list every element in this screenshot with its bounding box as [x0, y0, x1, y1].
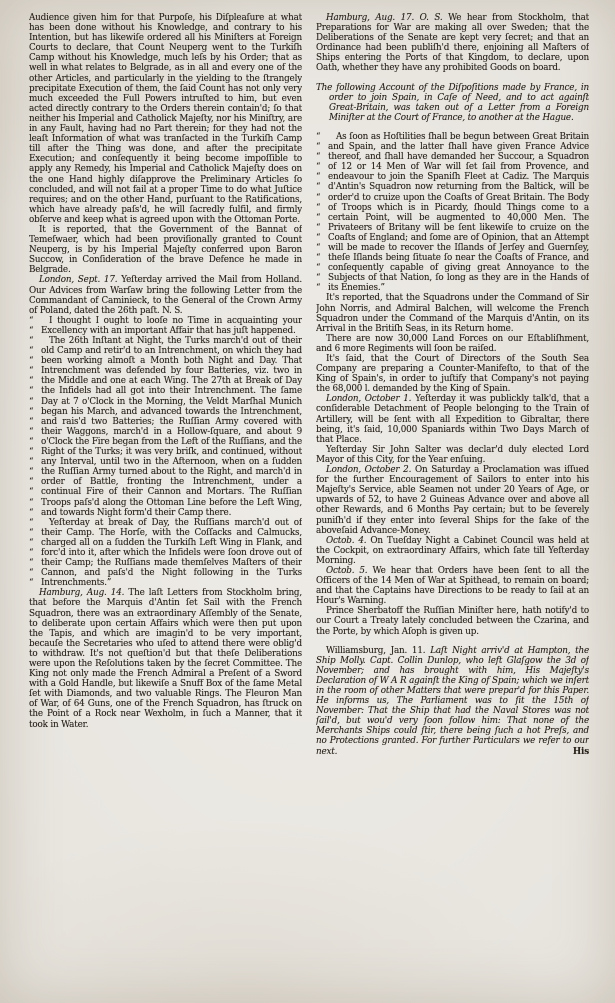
paragraph-text: We hear from Stockholm, that Preparation… [316, 13, 589, 73]
news-paragraph: Yeſterday Sir John Salter was declar'd d… [316, 445, 589, 465]
letter-paragraph: Yeſterday at break of Day, the Ruſſians … [41, 518, 302, 589]
news-paragraph-dateline: London, October 2. On Saturday a Proclam… [316, 465, 589, 536]
news-paragraph: Audience given him for that Purpoſe, his… [29, 13, 302, 225]
news-paragraph-dateline: Hamburg, Aug. 14. The laſt Letters from … [29, 588, 302, 729]
news-paragraph-dateline: Hamburg, Aug. 17. O. S. We hear from Sto… [316, 13, 589, 74]
paragraph-text: Laſt Night arriv'd at Hampton, the Ship … [316, 646, 589, 757]
dateline-lead: London, October 1. [326, 394, 411, 404]
news-paragraph-dateline: Octob. 4. On Tueſday Night a Cabinet Cou… [316, 536, 589, 566]
catchword: His [563, 747, 589, 757]
news-paragraph: It is reported, that the Government of t… [29, 225, 302, 275]
dateline-lead: Hamburg, Aug. 17. O. S. [326, 13, 443, 23]
letter-paragraph: The 26th Inſtant at Night, the Turks mar… [41, 336, 302, 518]
two-column-layout: Audience given him for that Purpoſe, his… [29, 13, 590, 997]
newspaper-page: Audience given him for that Purpoſe, his… [0, 0, 615, 1003]
quoted-letter-dispositions: As ſoon as Hoſtilities ſhall be begun be… [316, 132, 589, 294]
letter-paragraph: As ſoon as Hoſtilities ſhall be begun be… [328, 132, 589, 294]
dateline-lead: London, October 2. [326, 465, 411, 475]
paragraph-text: The laſt Letters from Stockholm bring, t… [29, 588, 302, 729]
news-paragraph-williamsburg: Williamsburg, Jan. 11. Laſt Night arriv'… [316, 646, 589, 757]
news-paragraph-dateline: Octob. 5. We hear that Orders have been … [316, 566, 589, 606]
dateline-lead: London, Sept. 17. [39, 275, 117, 285]
left-column: Audience given him for that Purpoſe, his… [29, 13, 302, 997]
news-paragraph: Prince Sherbatoff the Ruſſian Miniſter h… [316, 606, 589, 636]
dateline-lead: Williamsburg, Jan. 11. [326, 646, 425, 656]
news-paragraph: There are now 30,000 Land Forces on our … [316, 334, 589, 354]
quoted-letter-caminieck: I thought I ought to looſe no Time in ac… [29, 316, 302, 589]
news-paragraph: It's reported, that the Squadrons under … [316, 293, 589, 333]
right-column: Hamburg, Aug. 17. O. S. We hear from Sto… [316, 13, 589, 997]
news-paragraph-dateline: London, Sept. 17. Yeſterday arrived the … [29, 275, 302, 315]
dateline-lead: Octob. 5. [326, 566, 367, 576]
paragraph-text: On Saturday a Proclamation was iſſued fo… [316, 465, 589, 536]
dateline-lead: Hamburg, Aug. 14. [39, 588, 124, 598]
editorial-note: The following Account of the Diſpoſition… [316, 83, 589, 123]
dateline-lead: Octob. 4. [326, 536, 366, 546]
news-paragraph: It's ſaid, that the Court of Directors o… [316, 354, 589, 394]
news-paragraph-dateline: London, October 1. Yeſterday it was publ… [316, 394, 589, 444]
letter-paragraph: I thought I ought to looſe no Time in ac… [41, 316, 302, 336]
